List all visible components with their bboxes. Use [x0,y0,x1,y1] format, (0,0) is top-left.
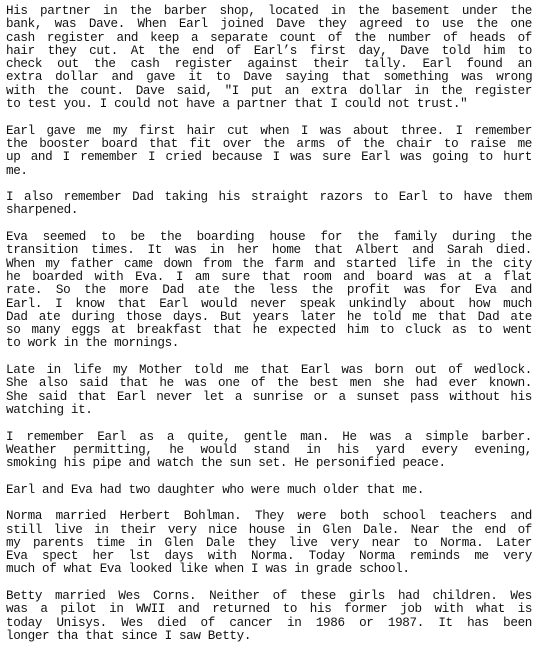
text-line: longer tha that since I saw Betty. [6,630,532,643]
text-line: Norma married Herbert Bohlman. They were… [6,510,532,523]
text-line: the booster board that fit over the arms… [6,138,532,151]
document-page: His partner in the barber shop, located … [6,5,532,653]
text-line: bank, was Dave. When Earl joined Dave th… [6,18,532,31]
text-line: Earl and Eva had two daughter who were m… [6,484,532,497]
text-line: Weather permitting, he would stand in hi… [6,444,532,457]
text-line: today Unisys. Wes died of cancer in 1986… [6,617,532,630]
text-line: rate. So the more Dad ate the less the p… [6,284,532,297]
text-line: check out the cash register against thei… [6,58,532,71]
text-line: me. [6,165,532,178]
text-line: to test you. I could not have a partner … [6,98,532,111]
paragraph: I remember Earl as a quite, gentle man. … [6,431,532,471]
text-line: Late in life my Mother told me that Earl… [6,364,532,377]
text-line: She also said that he was one of the bes… [6,377,532,390]
text-line: still live in their very nice house in G… [6,524,532,537]
text-line: cash register and keep a separate count … [6,32,532,45]
paragraph: I also remember Dad taking his straight … [6,191,532,218]
text-line: His partner in the barber shop, located … [6,5,532,18]
text-line: watching it. [6,404,532,417]
text-line: smoking his pipe and watch the sun set. … [6,457,532,470]
text-line: Eva spect her lst days with Norma. Today… [6,550,532,563]
text-line: was a pilot in WWII and returned to his … [6,603,532,616]
paragraph: His partner in the barber shop, located … [6,5,532,111]
text-line: Dad ate during those days. But years lat… [6,311,532,324]
text-line: with the count. Dave said, "I put an ext… [6,85,532,98]
text-line: sharpened. [6,204,532,217]
text-line: She said that Earl never let a sunrise o… [6,391,532,404]
text-line: Betty married Wes Corns. Neither of thes… [6,590,532,603]
text-line: hair they cut. At the end of Earl’s firs… [6,45,532,58]
text-line: transition times. It was in her home tha… [6,244,532,257]
text-line: extra dollar and gave it to Dave saying … [6,71,532,84]
text-line: much of what Eva looked like when I was … [6,563,532,576]
text-line: I remember Earl as a quite, gentle man. … [6,431,532,444]
text-line: Eva seemed to be the boarding house for … [6,231,532,244]
text-line: When my father came down from the farm a… [6,258,532,271]
paragraph: Betty married Wes Corns. Neither of thes… [6,590,532,643]
paragraph: Eva seemed to be the boarding house for … [6,231,532,351]
text-line: I also remember Dad taking his straight … [6,191,532,204]
paragraph: Late in life my Mother told me that Earl… [6,364,532,417]
text-line: my parents time in Glen Dale they live v… [6,537,532,550]
text-line: he boarded with Eva. I am sure that room… [6,271,532,284]
text-line: so many eggs at breakfast that he expect… [6,324,532,337]
paragraph: Earl and Eva had two daughter who were m… [6,484,532,497]
text-line: Earl. I know that Earl would never speak… [6,298,532,311]
text-line: to work in the mornings. [6,337,532,350]
text-line: Earl gave me my first hair cut when I wa… [6,125,532,138]
paragraph: Earl gave me my first hair cut when I wa… [6,125,532,178]
text-line: up and I remember I cried because I was … [6,151,532,164]
paragraph: Norma married Herbert Bohlman. They were… [6,510,532,576]
